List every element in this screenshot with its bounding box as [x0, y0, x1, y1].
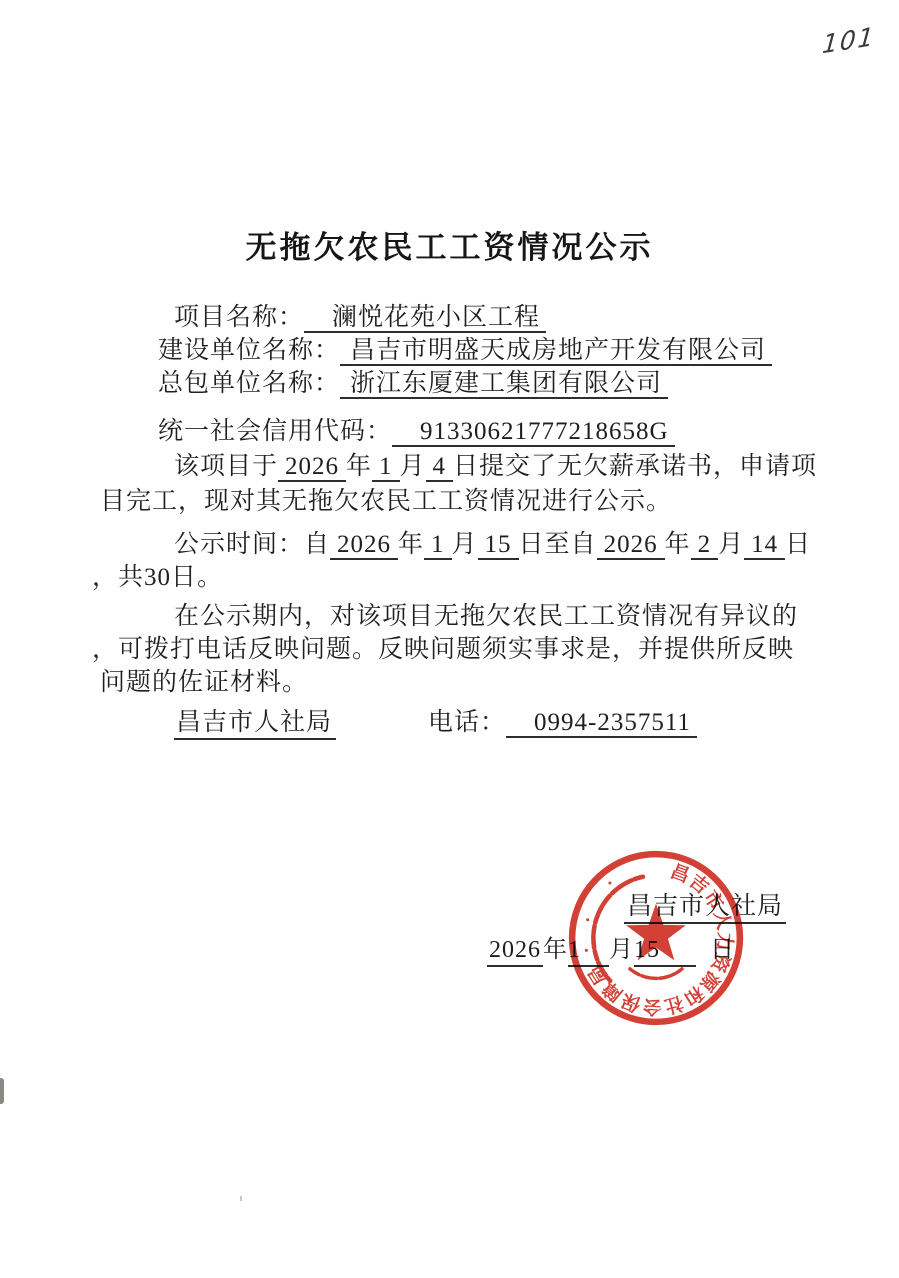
seal-star-icon [626, 904, 686, 961]
field-label-contractor: 总包单位名称： [158, 370, 340, 397]
seal-dot [585, 949, 588, 952]
publicity-start-year: 2026 [330, 531, 398, 560]
official-seal: 昌吉市人力资源和社会保障局 [562, 844, 750, 1032]
scan-speck [240, 1196, 242, 1201]
text-segment: 年 [346, 453, 372, 480]
text-segment: 公示时间：自 [174, 531, 330, 558]
text-segment: 日提交了无欠薪承诺书，申请项 [453, 453, 817, 480]
publicity-start-month: 1 [424, 531, 452, 560]
field-row-credit-code: 统一社会信用代码：91330621777218658G [158, 417, 675, 447]
field-label-project: 项目名称： [174, 304, 304, 331]
submission-month-value: 1 [372, 453, 400, 482]
signoff-year-value: 2026 [487, 937, 543, 967]
contact-phone-label: 电话： [428, 709, 506, 736]
document-title: 无拖欠农民工工资情况公示 [0, 222, 899, 267]
field-row-project: 项目名称：澜悦花苑小区工程 [174, 303, 546, 333]
text-segment: 日 [785, 531, 811, 558]
paragraph-objection-line1: 在公示期内，对该项目无拖欠农民工工资情况有异议的 [174, 602, 798, 632]
handwritten-page-number: 101 [821, 21, 877, 59]
seal-inner-script-decoration [630, 969, 682, 978]
publicity-start-day: 15 [478, 531, 519, 560]
field-value-contractor: 浙江东厦建工集团有限公司 [340, 370, 668, 399]
field-label-developer: 建设单位名称： [158, 337, 340, 364]
publicity-end-year: 2026 [597, 531, 665, 560]
scanned-document-page: { "page": { "handwritten_number": "101" … [0, 0, 899, 1278]
publicity-end-day: 14 [744, 531, 785, 560]
contact-row: 昌吉市人社局电话：0994-2357511 [174, 708, 697, 738]
submission-year-value: 2026 [278, 453, 346, 482]
paragraph-submission-line1: 该项目于2026年1月4日提交了无欠薪承诺书，申请项 [174, 452, 817, 482]
text-segment: 月 [400, 453, 426, 480]
text-segment: 该项目于 [174, 453, 278, 480]
text-segment: 年 [665, 531, 691, 558]
contact-org: 昌吉市人社局 [174, 709, 336, 740]
paragraph-publicity-line2: ，共30日。 [92, 563, 223, 593]
field-row-developer: 建设单位名称：昌吉市明盛天成房地产开发有限公司 [158, 336, 772, 366]
seal-dot [586, 918, 589, 921]
field-value-developer: 昌吉市明盛天成房地产开发有限公司 [340, 337, 772, 366]
paragraph-objection-line3: 问题的佐证材料。 [100, 668, 308, 698]
field-row-contractor: 总包单位名称：浙江东厦建工集团有限公司 [158, 369, 668, 399]
scan-edge-mark [0, 1078, 4, 1104]
paragraph-submission-line2: 目完工，现对其无拖欠农民工工资情况进行公示。 [100, 487, 672, 517]
text-segment: 年 [398, 531, 424, 558]
submission-day-value: 4 [426, 453, 454, 482]
seal-graphic: 昌吉市人力资源和社会保障局 [562, 844, 750, 1032]
field-value-credit-code: 91330621777218658G [392, 418, 675, 447]
field-label-credit-code: 统一社会信用代码： [158, 418, 392, 445]
paragraph-publicity-line1: 公示时间：自2026年1月15日至自2026年2月14日 [174, 530, 811, 560]
publicity-end-month: 2 [691, 531, 719, 560]
contact-phone-number: 0994-2357511 [506, 709, 697, 738]
paragraph-objection-line2: ，可拨打电话反映问题。反映问题须实事求是，并提供所反映 [92, 635, 794, 665]
seal-dot [608, 881, 611, 884]
text-segment: 月 [452, 531, 478, 558]
text-segment: 日至自 [519, 531, 597, 558]
text-segment: 月 [718, 531, 744, 558]
seal-dot [598, 974, 601, 977]
field-value-project: 澜悦花苑小区工程 [304, 304, 546, 333]
